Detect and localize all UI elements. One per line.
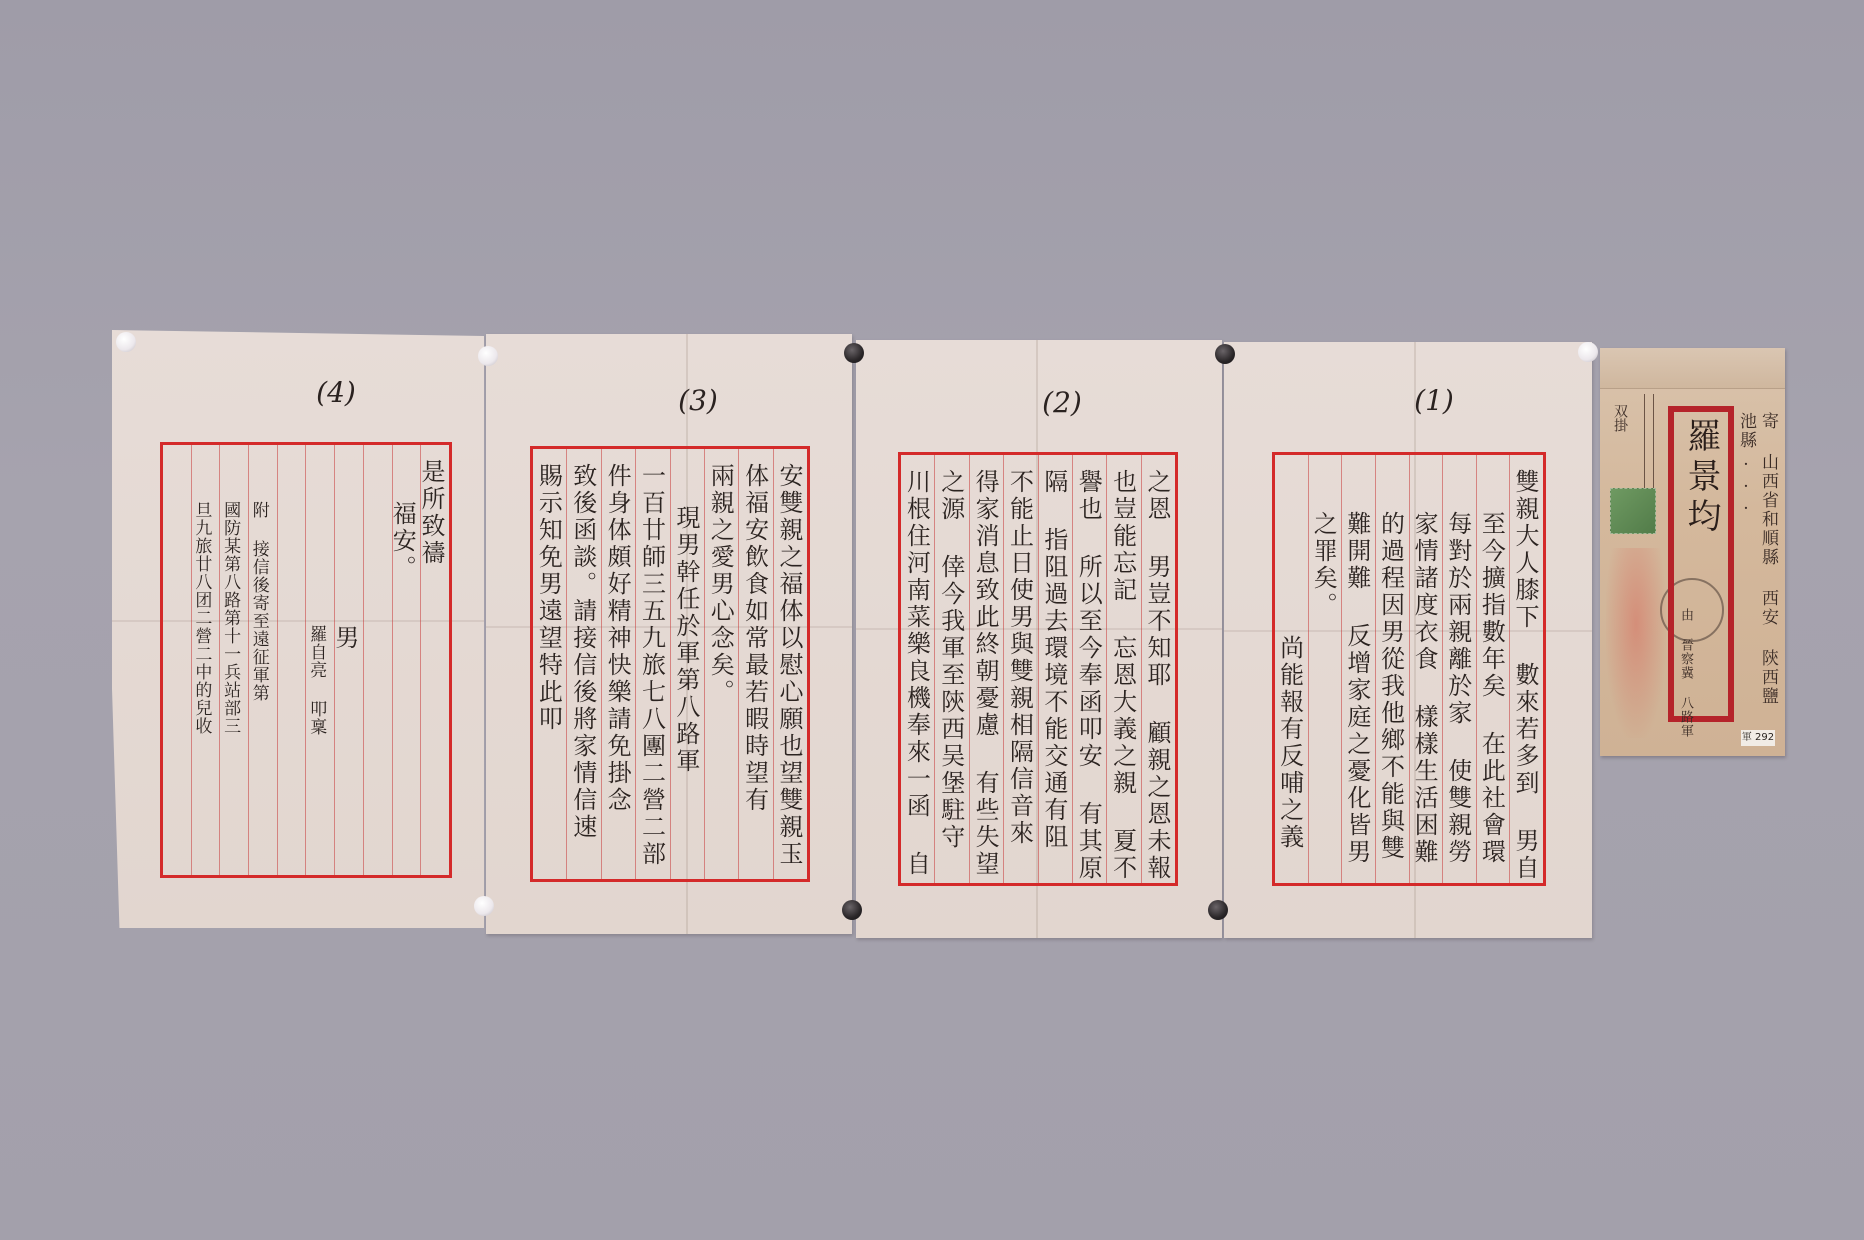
letter-page-2: (2) 之恩 男豈不知耶 顧親之恩未報子 也豈能忘記 忘恩大義之親 夏不孝之 譽… [856, 340, 1222, 938]
letter-page-1: (1) 雙親大人膝下 數來若多到 男自從我 至今擴指數年矣 在此社會環境中 每對… [1224, 342, 1592, 938]
mounting-pin [1215, 344, 1235, 364]
mounting-pin [1208, 900, 1228, 920]
text-column: 安雙親之福体以慰心願也望雙親玉 [773, 449, 807, 879]
postscript-column: 旦九旅廿八团二營二中的兒收 [191, 445, 220, 875]
text-column: 之罪矣。 [1308, 455, 1342, 883]
text-column: 家情諸度衣食 樣樣生活困難 [1409, 455, 1443, 883]
text-column [277, 445, 306, 875]
text-column: 的過程因男從我他鄉不能與雙親 [1375, 455, 1409, 883]
text-column: 現男幹任於軍第八路軍 [670, 449, 704, 879]
letter-page-3: (3) 安雙親之福体以慰心願也望雙親玉 体福安飲食如常最若暇時望有 兩親之愛男心… [486, 334, 852, 934]
ruled-frame: 安雙親之福体以慰心願也望雙親玉 体福安飲食如常最若暇時望有 兩親之愛男心念矣。 … [530, 446, 810, 882]
envelope: 双掛 羅景均 寄 山西省和順縣 西安 陝西鹽池縣... 由 晉察冀 八路軍 軍 … [1600, 348, 1785, 756]
postage-stamp-icon [1610, 488, 1656, 534]
envelope-sender: 由 晉察冀 八路軍 [1676, 608, 1695, 738]
page-number: (3) [678, 384, 718, 417]
page-number: (1) [1414, 384, 1454, 417]
text-column: 体福安飲食如常最若暇時望有 [738, 449, 772, 879]
mounting-pin [1578, 342, 1598, 362]
mounting-pin [844, 343, 864, 363]
text-column: 也豈能忘記 忘恩大義之親 夏不孝之 [1106, 455, 1140, 883]
mounting-pin [474, 896, 494, 916]
text-column: 隔 指阻過去環境不能交通有阻 男 [1038, 455, 1072, 883]
ruled-frame: 是所致禱 福安。 男 羅自亮 叩稟 附 接信後寄至遠征軍第 國防某第八路第十一兵… [160, 442, 452, 878]
page-number: (2) [1042, 386, 1082, 419]
text-column: 難開難 反增家庭之憂化皆男 [1341, 455, 1375, 883]
text-column: 之源 倖今我軍至陝西吴堡駐守 [934, 455, 968, 883]
mounting-pin [116, 332, 136, 352]
addressee-name: 羅景均 [1674, 418, 1728, 538]
envelope-left-note: 双掛 [1610, 404, 1630, 432]
text-column: 兩親之愛男心念矣。 [704, 449, 738, 879]
text-column [363, 445, 392, 875]
red-stain [1606, 548, 1666, 738]
ruled-frame: 雙親大人膝下 數來若多到 男自從我 至今擴指數年矣 在此社會環境中 每對於兩親離… [1272, 452, 1546, 886]
text-column: 件身体頗好精神快樂請免掛念 [601, 449, 635, 879]
envelope-flap [1600, 348, 1785, 389]
signature-column: 羅自亮 叩稟 [305, 445, 334, 875]
letter-page-4: (4) 是所致禱 福安。 男 羅自亮 叩稟 附 接信後寄至遠征軍第 國防某第八路… [112, 330, 484, 928]
text-column: 不能止日使男與雙親相隔信音來 [1003, 455, 1037, 883]
text-column: 福安。 [392, 445, 421, 875]
envelope-address: 寄 山西省和順縣 西安 陝西鹽池縣... [1735, 412, 1779, 712]
text-column: 是所致禱 [420, 445, 449, 875]
text-column: 一百廿師三五九旅七八團二營二部之 [635, 449, 669, 879]
page-number: (4) [316, 376, 356, 409]
postscript-column: 附 接信後寄至遠征軍第 [248, 445, 277, 875]
text-column [163, 445, 191, 875]
text-column: 譽也 所以至今奉函叩安 有其原因碍 [1072, 455, 1106, 883]
text-column: 每對於兩親離於家 使雙親勞頁 [1442, 455, 1476, 883]
text-column: 尚能報有反哺之義 並有跪乳 [1275, 455, 1308, 883]
text-column: 川根住河南菜樂良機奉來一函 自 [901, 455, 934, 883]
catalog-tag: 軍 292 [1741, 730, 1775, 746]
text-column: 男 [334, 445, 363, 875]
text-column: 致後函談。請接信後將家情信速 [566, 449, 600, 879]
mounting-pin [478, 346, 498, 366]
ruled-frame: 之恩 男豈不知耶 顧親之恩未報子 也豈能忘記 忘恩大義之親 夏不孝之 譽也 所以… [898, 452, 1178, 886]
postscript-column: 國防某第八路第十一兵站部三 [219, 445, 248, 875]
text-column: 雙親大人膝下 數來若多到 男自從我 [1509, 455, 1543, 883]
text-column: 之恩 男豈不知耶 顧親之恩未報子 [1141, 455, 1175, 883]
mounting-pin [842, 900, 862, 920]
text-column: 賜示知免男遠望特此叩 [533, 449, 566, 879]
text-column: 得家消息致此終朝憂慮 有些失望 [969, 455, 1003, 883]
text-column: 至今擴指數年矣 在此社會環境中 [1476, 455, 1510, 883]
